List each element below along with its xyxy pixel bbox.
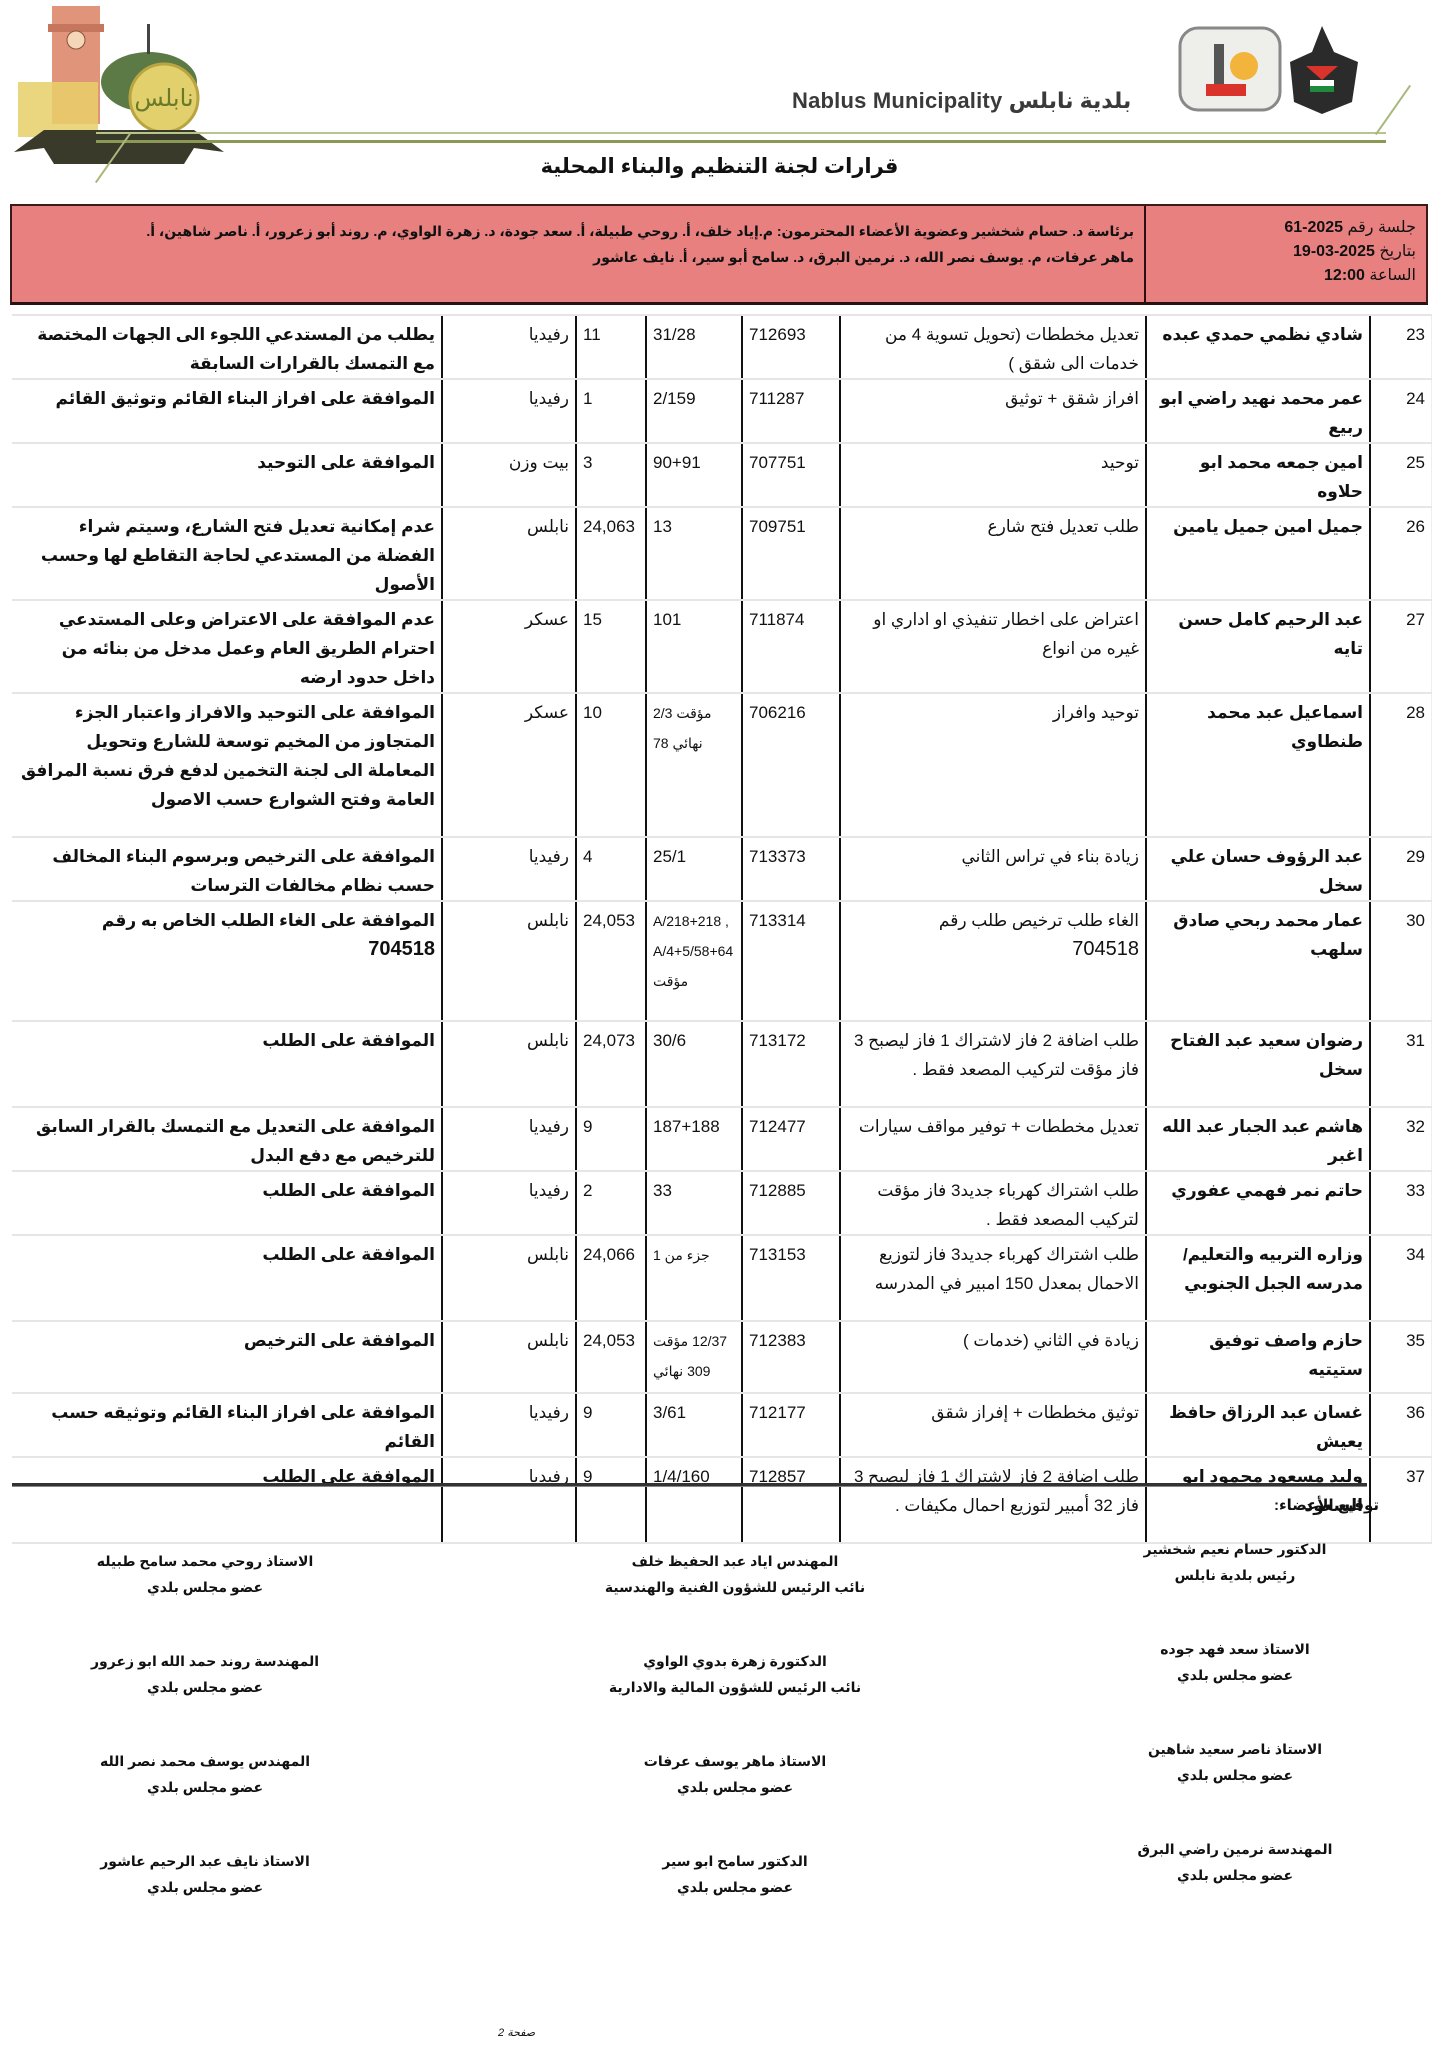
signatory-name: الاستاذ روحي محمد سامح طبيله (45, 1548, 365, 1574)
table-row: 29عبد الرؤوف حسان علي سخلزيادة بناء في ت… (12, 837, 1432, 901)
request-description: طلب اشتراك كهرباء جديد3 فاز لتوزيع الاحم… (840, 1235, 1146, 1321)
session-meta: جلسة رقم 2025-61 بتاريخ 2025-03-19 الساع… (1144, 206, 1426, 302)
signature-entry: المهندسة روند حمد الله ابو زعرورعضو مجلس… (45, 1648, 365, 1700)
table-row: 31رضوان سعيد عبد الفتاح سخلطلب اضافة 2 ف… (12, 1021, 1432, 1107)
block-number: 9 (576, 1393, 646, 1457)
applicant-name: جميل امين جميل يامين (1146, 507, 1370, 600)
request-description: تعديل مخططات (تحويل تسوية 4 من خدمات الى… (840, 315, 1146, 379)
signature-entry: الاستاذ سعد فهد جودهعضو مجلس بلدي (1075, 1636, 1395, 1688)
block-number: 1 (576, 379, 646, 443)
applicant-name: عمار محمد ربحي صادق سلهب (1146, 901, 1370, 1021)
table-row: 35حازم واصف توفيق ستيتيهزيادة في الثاني … (12, 1321, 1432, 1393)
row-number: 35 (1370, 1321, 1432, 1393)
row-number: 27 (1370, 600, 1432, 693)
area-name: رفيديا (442, 837, 576, 901)
signature-entry: الاستاذ روحي محمد سامح طبيلهعضو مجلس بلد… (45, 1548, 365, 1600)
application-number: 712177 (742, 1393, 840, 1457)
applicant-name: حازم واصف توفيق ستيتيه (1146, 1321, 1370, 1393)
block-number: 24,053 (576, 901, 646, 1021)
page-number: صفحة 2 (498, 2026, 535, 2039)
signatory-role: رئيس بلدية نابلس (1075, 1562, 1395, 1588)
header-divider (96, 132, 1386, 143)
row-number: 26 (1370, 507, 1432, 600)
row-number: 28 (1370, 693, 1432, 837)
plot-number: 2/159 (646, 379, 742, 443)
signatory-name: المهندس يوسف محمد نصر الله (45, 1748, 365, 1774)
members-line-2: ماهر عرفات، م. يوسف نصر الله، د. نرمين ا… (12, 244, 1134, 270)
request-description: طلب اشتراك كهرباء جديد3 فاز مؤقت لتركيب … (840, 1171, 1146, 1235)
row-number: 36 (1370, 1393, 1432, 1457)
brand-name: Nablus Municipality بلدية نابلس (792, 88, 1131, 114)
block-number: 2 (576, 1171, 646, 1235)
block-number: 11 (576, 315, 646, 379)
applicant-name: اسماعيل عبد محمد طنطاوي (1146, 693, 1370, 837)
area-name: بيت وزن (442, 443, 576, 507)
committee-decision: الموافقة على الغاء الطلب الخاص به رقم704… (12, 901, 442, 1021)
table-row: 24عمر محمد نهيد راضي ابو ربيعافراز شقق +… (12, 379, 1432, 443)
table-row: 28اسماعيل عبد محمد طنطاويتوحيد وافراز706… (12, 693, 1432, 837)
committee-decision: الموافقة على افراز البناء القائم وتوثيقه… (12, 1393, 442, 1457)
row-number: 23 (1370, 315, 1432, 379)
signatory-role: نائب الرئيس للشؤون المالية والادارية (575, 1674, 895, 1700)
signatory-role: عضو مجلس بلدي (1075, 1762, 1395, 1788)
signature-entry: الاستاذ نايف عبد الرحيم عاشورعضو مجلس بل… (45, 1848, 365, 1900)
committee-decision: الموافقة على الطلب (12, 1235, 442, 1321)
area-name: عسكر (442, 693, 576, 837)
session-time: الساعة 12:00 (1146, 264, 1416, 288)
request-description: طلب تعديل فتح شارع (840, 507, 1146, 600)
block-number: 9 (576, 1457, 646, 1543)
session-number: جلسة رقم 2025-61 (1146, 216, 1416, 240)
request-description: الغاء طلب ترخيص طلب رقم704518 (840, 901, 1146, 1021)
table-row: 23شادي نظمي حمدي عبدهتعديل مخططات (تحويل… (12, 315, 1432, 379)
row-number: 31 (1370, 1021, 1432, 1107)
signatory-name: المهندسة نرمين راضي البرق (1075, 1836, 1395, 1862)
block-number: 24,063 (576, 507, 646, 600)
committee-decision: الموافقة على التوحيد (12, 443, 442, 507)
svg-text:نابلس: نابلس (134, 84, 193, 112)
plot-number: مؤقت 2/3 نهائي 78 (646, 693, 742, 837)
signatory-name: المهندسة روند حمد الله ابو زعرور (45, 1648, 365, 1674)
table-row: 37وليد مسعود محمود ابو السعودطلب اضافة 2… (12, 1457, 1432, 1543)
area-name: نابلس (442, 1321, 576, 1393)
request-description: زيادة في الثاني (خدمات ) (840, 1321, 1146, 1393)
applicant-name: هاشم عبد الجبار عبد الله اغبر (1146, 1107, 1370, 1171)
signature-entry: المهندس يوسف محمد نصر اللهعضو مجلس بلدي (45, 1748, 365, 1800)
application-number: 709751 (742, 507, 840, 600)
signatory-name: الدكتورة زهرة بدوي الواوي (575, 1648, 895, 1674)
row-number: 32 (1370, 1107, 1432, 1171)
block-number: 24,053 (576, 1321, 646, 1393)
block-number: 10 (576, 693, 646, 837)
table-row: 32هاشم عبد الجبار عبد الله اغبرتعديل مخط… (12, 1107, 1432, 1171)
table-row: 27عبد الرحيم كامل حسن تايهاعتراض على اخط… (12, 600, 1432, 693)
request-description: اعتراض على اخطار تنفيذي او اداري او غيره… (840, 600, 1146, 693)
block-number: 24,073 (576, 1021, 646, 1107)
committee-decision: عدم الموافقة على الاعتراض وعلى المستدعي … (12, 600, 442, 693)
applicant-name: امين جمعه محمد ابو حلاوه (1146, 443, 1370, 507)
committee-decision: الموافقة على التوحيد والافراز واعتبار ال… (12, 693, 442, 837)
signatory-role: نائب الرئيس للشؤون الفنية والهندسية (575, 1574, 895, 1600)
application-number: 706216 (742, 693, 840, 837)
signature-entry: المهندسة نرمين راضي البرقعضو مجلس بلدي (1075, 1836, 1395, 1888)
signatory-name: الاستاذ ماهر يوسف عرفات (575, 1748, 895, 1774)
table-row: 26جميل امين جميل يامينطلب تعديل فتح شارع… (12, 507, 1432, 600)
area-name: رفيديا (442, 1457, 576, 1543)
signatory-role: عضو مجلس بلدي (45, 1574, 365, 1600)
signature-entry: الدكتور سامح ابو سيرعضو مجلس بلدي (575, 1848, 895, 1900)
signature-entry: الاستاذ ناصر سعيد شاهينعضو مجلس بلدي (1075, 1736, 1395, 1788)
plot-number: 13 (646, 507, 742, 600)
committee-decision: الموافقة على الترخيص (12, 1321, 442, 1393)
signatory-role: عضو مجلس بلدي (575, 1774, 895, 1800)
committee-decision: الموافقة على الترخيص وبرسوم البناء المخا… (12, 837, 442, 901)
applicant-name: حاتم نمر فهمي عفوري (1146, 1171, 1370, 1235)
request-description: توحيد وافراز (840, 693, 1146, 837)
row-number: 25 (1370, 443, 1432, 507)
request-description: افراز شقق + توثيق (840, 379, 1146, 443)
application-number: 711874 (742, 600, 840, 693)
signatory-role: عضو مجلس بلدي (45, 1874, 365, 1900)
area-name: رفيديا (442, 1393, 576, 1457)
application-number: 712857 (742, 1457, 840, 1543)
application-number: 713172 (742, 1021, 840, 1107)
area-name: رفيديا (442, 1171, 576, 1235)
area-name: نابلس (442, 1021, 576, 1107)
committee-decision: الموافقة على الطلب (12, 1171, 442, 1235)
applicant-name: غسان عبد الرزاق حافظ يعيش (1146, 1393, 1370, 1457)
plot-number: 187+188 (646, 1107, 742, 1171)
plot-number: 101 (646, 600, 742, 693)
row-number: 33 (1370, 1171, 1432, 1235)
signatory-name: الاستاذ سعد فهد جوده (1075, 1636, 1395, 1662)
block-number: 9 (576, 1107, 646, 1171)
committee-decision: يطلب من المستدعي اللجوء الى الجهات المخت… (12, 315, 442, 379)
row-number: 37 (1370, 1457, 1432, 1543)
plot-number: A/218+218 , A/4+5/58+64 مؤقت (646, 901, 742, 1021)
signatory-role: عضو مجلس بلدي (575, 1874, 895, 1900)
committee-decision: الموافقة على افراز البناء القائم وتوثيق … (12, 379, 442, 443)
session-date: بتاريخ 2025-03-19 (1146, 240, 1416, 264)
application-number: 707751 (742, 443, 840, 507)
application-number: 712693 (742, 315, 840, 379)
request-description: تعديل مخططات + توفير مواقف سيارات (840, 1107, 1146, 1171)
table-row: 36غسان عبد الرزاق حافظ يعيشتوثيق مخططات … (12, 1393, 1432, 1457)
row-number: 29 (1370, 837, 1432, 901)
signatory-role: عضو مجلس بلدي (45, 1774, 365, 1800)
session-info-box: برئاسة د. حسام شخشير وعضوية الأعضاء المح… (10, 204, 1428, 305)
area-name: رفيديا (442, 315, 576, 379)
block-number: 4 (576, 837, 646, 901)
table-row: 33حاتم نمر فهمي عفوريطلب اشتراك كهرباء ج… (12, 1171, 1432, 1235)
application-number: 711287 (742, 379, 840, 443)
plot-number: 31/28 (646, 315, 742, 379)
signatory-name: المهندس اياد عبد الحفيظ خلف (575, 1548, 895, 1574)
committee-decision: الموافقة على التعديل مع التمسك بالقرار ا… (12, 1107, 442, 1171)
session-members: برئاسة د. حسام شخشير وعضوية الأعضاء المح… (12, 206, 1144, 302)
row-number: 34 (1370, 1235, 1432, 1321)
plot-number: 33 (646, 1171, 742, 1235)
application-number: 713153 (742, 1235, 840, 1321)
block-number: 15 (576, 600, 646, 693)
area-name: عسكر (442, 600, 576, 693)
plot-number: 3/61 (646, 1393, 742, 1457)
area-name: نابلس (442, 1235, 576, 1321)
applicant-name: وزاره التربيه والتعليم/مدرسه الجبل الجنو… (1146, 1235, 1370, 1321)
signatory-name: الاستاذ نايف عبد الرحيم عاشور (45, 1848, 365, 1874)
plot-number: 90+91 (646, 443, 742, 507)
signatory-name: الدكتور سامح ابو سير (575, 1848, 895, 1874)
committee-decision: الموافقة على الطلب (12, 1021, 442, 1107)
signatures-heading: توقيع الأعضاء: (1274, 1496, 1379, 1514)
signature-entry: الدكتور حسام نعيم شخشيررئيس بلدية نابلس (1075, 1536, 1395, 1588)
signature-entry: المهندس اياد عبد الحفيظ خلفنائب الرئيس ل… (575, 1548, 895, 1600)
request-description: طلب اضافة 2 فاز لاشتراك 1 فاز ليصبح 3 فا… (840, 1457, 1146, 1543)
row-number: 24 (1370, 379, 1432, 443)
row-number: 30 (1370, 901, 1432, 1021)
area-name: نابلس (442, 901, 576, 1021)
area-name: رفيديا (442, 1107, 576, 1171)
request-description: طلب اضافة 2 فاز لاشتراك 1 فاز ليصبح 3 فا… (840, 1021, 1146, 1107)
block-number: 24,066 (576, 1235, 646, 1321)
committee-decision: الموافقة على الطلب (12, 1457, 442, 1543)
request-description: توثيق مخططات + إفراز شقق (840, 1393, 1146, 1457)
plot-number: 25/1 (646, 837, 742, 901)
table-row: 34وزاره التربيه والتعليم/مدرسه الجبل الج… (12, 1235, 1432, 1321)
signatory-name: الاستاذ ناصر سعيد شاهين (1075, 1736, 1395, 1762)
area-name: نابلس (442, 507, 576, 600)
document-title: قرارات لجنة التنظيم والبناء المحلية (0, 154, 1439, 179)
signature-entry: الدكتورة زهرة بدوي الواوينائب الرئيس للش… (575, 1648, 895, 1700)
applicant-name: رضوان سعيد عبد الفتاح سخل (1146, 1021, 1370, 1107)
table-end-rule (12, 1483, 1367, 1487)
block-number: 3 (576, 443, 646, 507)
committee-decision: عدم إمكانية تعديل فتح الشارع، وسيتم شراء… (12, 507, 442, 600)
plot-number: 1/4/160 (646, 1457, 742, 1543)
plot-number: جزء من 1 (646, 1235, 742, 1321)
request-description: زيادة بناء في تراس الثاني (840, 837, 1146, 901)
signatory-name: الدكتور حسام نعيم شخشير (1075, 1536, 1395, 1562)
table-row: 25امين جمعه محمد ابو حلاوهتوحيد70775190+… (12, 443, 1432, 507)
area-name: رفيديا (442, 379, 576, 443)
request-description: توحيد (840, 443, 1146, 507)
decisions-table: 23شادي نظمي حمدي عبدهتعديل مخططات (تحويل… (12, 314, 1432, 1544)
application-number: 712885 (742, 1171, 840, 1235)
application-number: 713314 (742, 901, 840, 1021)
application-number: 712383 (742, 1321, 840, 1393)
table-row: 30عمار محمد ربحي صادق سلهبالغاء طلب ترخي… (12, 901, 1432, 1021)
application-number: 712477 (742, 1107, 840, 1171)
members-line-1: برئاسة د. حسام شخشير وعضوية الأعضاء المح… (12, 218, 1134, 244)
applicant-name: عبد الرحيم كامل حسن تايه (1146, 600, 1370, 693)
applicant-name: عبد الرؤوف حسان علي سخل (1146, 837, 1370, 901)
signatory-role: عضو مجلس بلدي (1075, 1662, 1395, 1688)
plot-number: 30/6 (646, 1021, 742, 1107)
applicant-name: شادي نظمي حمدي عبده (1146, 315, 1370, 379)
signatory-role: عضو مجلس بلدي (45, 1674, 365, 1700)
application-number: 713373 (742, 837, 840, 901)
applicant-name: عمر محمد نهيد راضي ابو ربيع (1146, 379, 1370, 443)
municipal-emblems (1172, 22, 1390, 122)
plot-number: 12/37 مؤقت 309 نهائي (646, 1321, 742, 1393)
signatory-role: عضو مجلس بلدي (1075, 1862, 1395, 1888)
signature-entry: الاستاذ ماهر يوسف عرفاتعضو مجلس بلدي (575, 1748, 895, 1800)
